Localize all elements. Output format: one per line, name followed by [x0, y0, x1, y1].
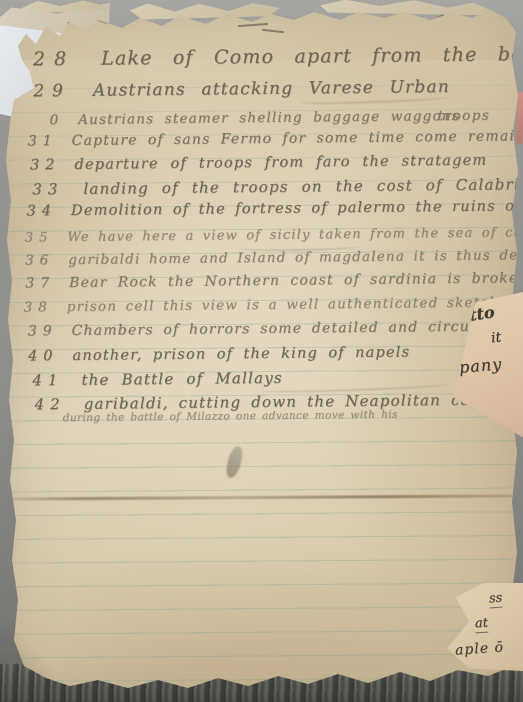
line-number: 35	[25, 230, 54, 245]
line-number: 33	[32, 180, 63, 198]
line-text: We have here a view of sicily taken from…	[67, 225, 523, 245]
line-number: 28	[33, 48, 75, 70]
manuscript-line: 39Chambers of horrors some detailed and …	[28, 318, 523, 339]
interlinear-note: during the battle of Milazzo one advance…	[63, 409, 398, 425]
flap-fragment-text: it	[490, 330, 502, 347]
line-text: another, prison of the king of napels	[72, 344, 410, 364]
line-text: the Battle of Mallays	[81, 369, 283, 389]
manuscript-line: 38prison cell this view is a well authen…	[23, 294, 523, 315]
line-text: Bear Rock the Northern coast of sardinia…	[69, 270, 523, 291]
manuscript-line: 34Demolition of the fortress of palermo …	[26, 198, 523, 219]
line-number: 37	[25, 275, 55, 291]
line-text: departure of troops from faro the strata…	[74, 153, 487, 173]
line-number: 39	[28, 323, 58, 339]
manuscript-sheet: 28Lake of Como apart from the beauty 29A…	[0, 0, 523, 702]
line-number: 29	[33, 81, 71, 101]
line-number: 0	[49, 112, 64, 128]
line-text: Lake of Como apart from the beauty	[101, 43, 523, 70]
manuscript-line: 35We have here a view of sicily taken fr…	[25, 225, 523, 245]
manuscript-line: 41the Battle of Mallays	[32, 366, 523, 389]
manuscript-line: 37Bear Rock the Northern coast of sardin…	[25, 270, 523, 291]
line-number: 32	[30, 157, 61, 173]
manuscript-line: 40another, prison of the king of napels	[28, 343, 523, 364]
fragment-text: at	[475, 616, 489, 634]
scanned-manuscript-page: 28Lake of Como apart from the beauty 29A…	[0, 0, 523, 702]
line-text: landing of the troops on the cost of Cal…	[83, 175, 523, 198]
flap-fragment-text: pany	[458, 354, 503, 377]
line-text: prison cell this view is a well authenti…	[67, 293, 523, 315]
line-number: 34	[26, 203, 57, 219]
manuscript-lines: 28Lake of Como apart from the beauty 29A…	[0, 0, 523, 702]
line-text: Demolition of the fortress of palermo th…	[71, 197, 523, 219]
line-number: 38	[23, 299, 52, 315]
line-number: 36	[25, 252, 54, 268]
fragment-text: aple ō	[455, 639, 505, 658]
line-number: 40	[28, 348, 59, 364]
line-text: Austrians steamer shelling baggage waggo…	[78, 108, 460, 128]
line-number: 42	[34, 395, 65, 413]
line-text: Capture of sans Fermo for some time come…	[72, 128, 523, 149]
manuscript-line: 32departure of troops from faro the stra…	[30, 152, 523, 173]
fragment-text: ss	[488, 591, 502, 609]
manuscript-line: 42garibaldi, cutting down the Neapolitan…	[34, 390, 523, 413]
manuscript-line: 28Lake of Como apart from the beauty	[33, 43, 523, 70]
manuscript-line: 0Austrians steamer shelling baggage wagg…	[49, 107, 523, 128]
line-text: Chambers of horrors some detailed and ci…	[72, 318, 523, 339]
manuscript-line: 29Austrians attacking Varese Urban	[33, 76, 523, 101]
line-number: 41	[32, 371, 63, 389]
manuscript-line: 31Capture of sans Fermo for some time co…	[28, 128, 523, 149]
manuscript-line: 33landing of the troops on the cost of C…	[32, 175, 523, 198]
line-number: 31	[28, 133, 58, 149]
torn-paper-remnant	[130, 0, 280, 20]
line-tail: troops	[437, 108, 490, 125]
red-paper-sliver	[516, 92, 523, 144]
